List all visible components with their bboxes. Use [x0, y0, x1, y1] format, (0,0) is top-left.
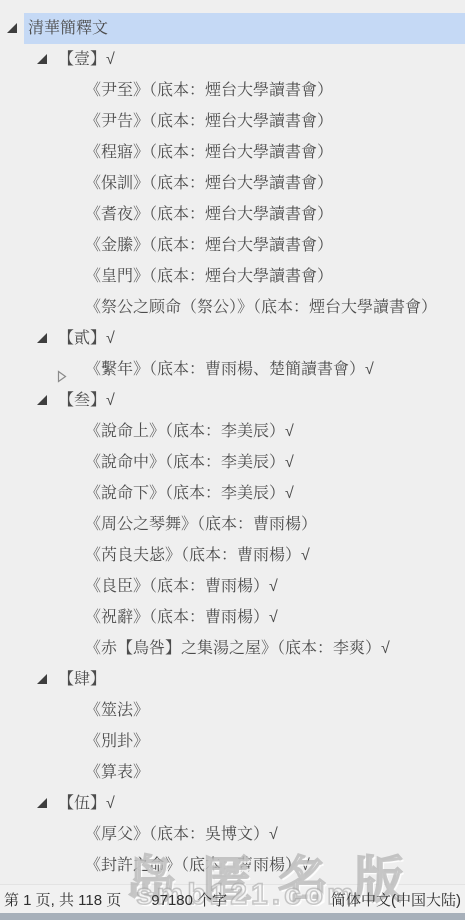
outline-item-label: 《說命下》（底本：李美辰）√ — [85, 478, 463, 509]
status-bar: 第 1 页, 共 118 页 97180 个字 简体中文(中国大陆) — [0, 884, 465, 914]
outline-item-label: 《說命上》（底本：李美辰）√ — [85, 416, 463, 447]
outline-item-label: 清華簡釋文 — [28, 13, 463, 44]
outline-item[interactable]: 《芮良夫毖》（底本：曹雨楊）√ — [0, 540, 465, 571]
collapsed-toggle-icon[interactable] — [57, 363, 67, 376]
outline-item[interactable]: 【貳】√ — [0, 323, 465, 354]
page-number-status[interactable]: 第 1 页, 共 118 页 — [2, 889, 123, 910]
outline-item[interactable]: 《尹至》（底本：煙台大學讀書會） — [0, 75, 465, 106]
outline-item-label: 《程寤》（底本：煙台大學讀書會） — [85, 137, 463, 168]
outline-item-label: 《別卦》 — [85, 726, 463, 757]
outline-item[interactable]: 【肆】 — [0, 664, 465, 695]
outline-item[interactable]: 《說命下》（底本：李美辰）√ — [0, 478, 465, 509]
outline-item[interactable]: 《皇門》（底本：煙台大學讀書會） — [0, 261, 465, 292]
outline-item[interactable]: 《保訓》（底本：煙台大學讀書會） — [0, 168, 465, 199]
outline-item-label: 《耆夜》（底本：煙台大學讀書會） — [85, 199, 463, 230]
window-bottom-edge — [0, 913, 465, 920]
outline-item[interactable]: 《算表》 — [0, 757, 465, 788]
outline-item-label: 《芮良夫毖》（底本：曹雨楊）√ — [85, 540, 463, 571]
outline-item-label: 《繫年》（底本：曹雨楊、楚簡讀書會）√ — [85, 354, 463, 385]
expanded-toggle-icon[interactable] — [37, 798, 47, 808]
outline-item[interactable]: 《赤【鳥咎】之集湯之屋》（底本：李爽）√ — [0, 633, 465, 664]
outline-item-label: 《赤【鳥咎】之集湯之屋》（底本：李爽）√ — [85, 633, 463, 664]
outline-tree: 清華簡釋文【壹】√《尹至》（底本：煙台大學讀書會）《尹告》（底本：煙台大學讀書會… — [0, 0, 465, 884]
language-status[interactable]: 简体中文(中国大陆) — [329, 889, 463, 910]
outline-item-label: 《筮法》 — [85, 695, 463, 726]
outline-item-label: 【伍】√ — [58, 788, 463, 819]
expanded-toggle-icon[interactable] — [37, 333, 47, 343]
outline-item[interactable]: 《厚父》（底本：吳博文）√ — [0, 819, 465, 850]
outline-item[interactable]: 【叁】√ — [0, 385, 465, 416]
outline-item-label: 【叁】√ — [58, 385, 463, 416]
outline-item-label: 《尹告》（底本：煙台大學讀書會） — [85, 106, 463, 137]
outline-item[interactable]: 《筮法》 — [0, 695, 465, 726]
outline-item[interactable]: 《繫年》（底本：曹雨楊、楚簡讀書會）√ — [0, 354, 465, 385]
expanded-toggle-icon[interactable] — [37, 395, 47, 405]
outline-item-label: 《厚父》（底本：吳博文）√ — [85, 819, 463, 850]
outline-item[interactable]: 《說命中》（底本：李美辰）√ — [0, 447, 465, 478]
outline-item[interactable]: 【伍】√ — [0, 788, 465, 819]
outline-item-label: 《說命中》（底本：李美辰）√ — [85, 447, 463, 478]
outline-item[interactable]: 《祝辭》（底本：曹雨楊）√ — [0, 602, 465, 633]
outline-item-label: 《保訓》（底本：煙台大學讀書會） — [85, 168, 463, 199]
outline-item-label: 【肆】 — [58, 664, 463, 695]
expanded-toggle-icon[interactable] — [37, 674, 47, 684]
expanded-toggle-icon[interactable] — [7, 23, 17, 33]
outline-item-label: 《祝辭》（底本：曹雨楊）√ — [85, 602, 463, 633]
outline-item-label: 《金縢》（底本：煙台大學讀書會） — [85, 230, 463, 261]
outline-item-label: 【貳】√ — [58, 323, 463, 354]
outline-item[interactable]: 《別卦》 — [0, 726, 465, 757]
outline-item-label: 《封許之命》（底本：曹雨楊）√ — [85, 850, 463, 881]
outline-item[interactable]: 《耆夜》（底本：煙台大學讀書會） — [0, 199, 465, 230]
outline-item-label: 《尹至》（底本：煙台大學讀書會） — [85, 75, 463, 106]
outline-item[interactable]: 《周公之琴舞》（底本：曹雨楊） — [0, 509, 465, 540]
outline-item-label: 【壹】√ — [58, 44, 463, 75]
outline-item[interactable]: 清華簡釋文 — [0, 13, 465, 44]
word-count-status[interactable]: 97180 个字 — [149, 889, 229, 910]
outline-item[interactable]: 《尹告》（底本：煙台大學讀書會） — [0, 106, 465, 137]
outline-item[interactable]: 《程寤》（底本：煙台大學讀書會） — [0, 137, 465, 168]
outline-item[interactable]: 《封許之命》（底本：曹雨楊）√ — [0, 850, 465, 881]
outline-item[interactable]: 《祭公之顾命（祭公）》（底本：煙台大學讀書會） — [0, 292, 465, 323]
outline-item-label: 《周公之琴舞》（底本：曹雨楊） — [85, 509, 463, 540]
outline-item-label: 《算表》 — [85, 757, 463, 788]
outline-item[interactable]: 【壹】√ — [0, 44, 465, 75]
expanded-toggle-icon[interactable] — [37, 54, 47, 64]
outline-item[interactable]: 《良臣》（底本：曹雨楊）√ — [0, 571, 465, 602]
outline-item-label: 《皇門》（底本：煙台大學讀書會） — [85, 261, 463, 292]
outline-item-label: 《良臣》（底本：曹雨楊）√ — [85, 571, 463, 602]
outline-item[interactable]: 《金縢》（底本：煙台大學讀書會） — [0, 230, 465, 261]
outline-item-label: 《祭公之顾命（祭公）》（底本：煙台大學讀書會） — [85, 292, 463, 323]
outline-item[interactable]: 《說命上》（底本：李美辰）√ — [0, 416, 465, 447]
navigation-pane: 清華簡釋文【壹】√《尹至》（底本：煙台大學讀書會）《尹告》（底本：煙台大學讀書會… — [0, 0, 465, 920]
